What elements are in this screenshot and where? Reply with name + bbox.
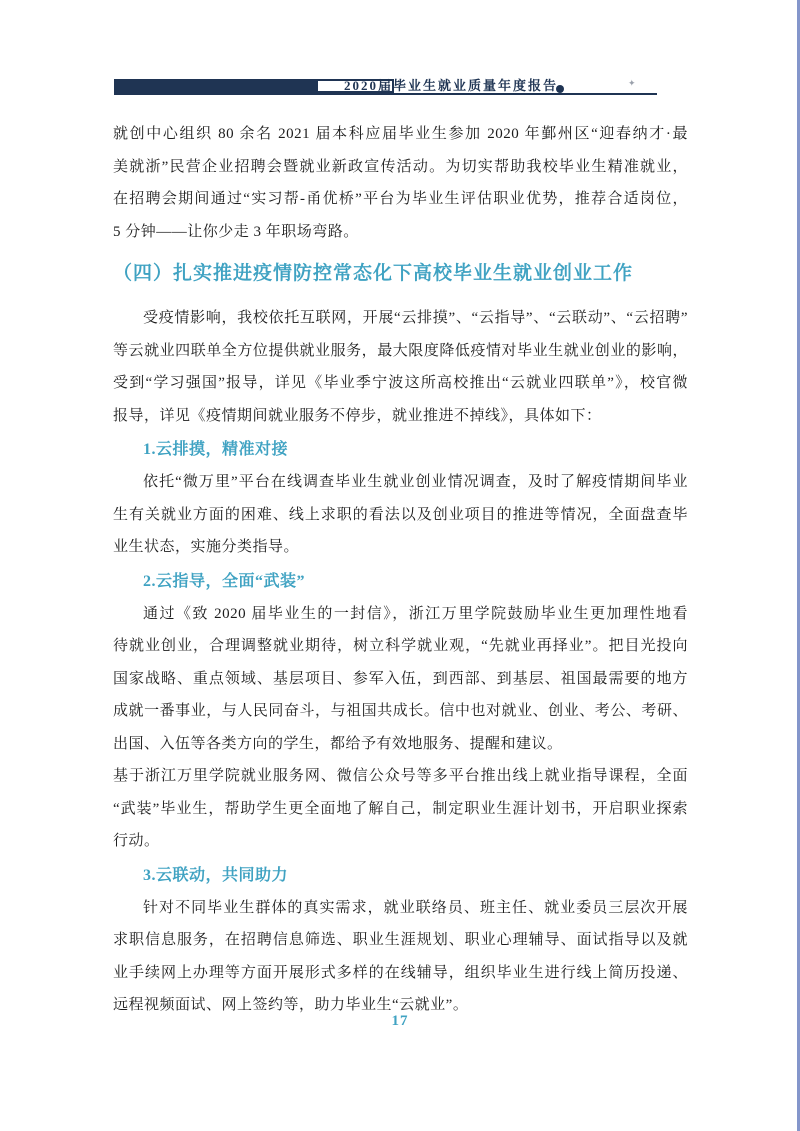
paragraph-line: 成就一番事业，与人民同奋斗，与祖国共成长。信中也对就业、创业、考公、考研、 [113,695,688,728]
header-title: 2020届毕业生就业质量年度报告 [344,76,558,96]
page-footer: 17 [0,1012,800,1030]
paragraph-line: 等云就业四联单全方位提供就业服务，最大限度降低疫情对毕业生就业创业的影响， [113,335,688,368]
section-heading: （四）扎实推进疫情防控常态化下高校毕业生就业创业工作 [113,260,688,288]
sparkle-icon: ✦ [628,78,636,89]
header-bar [114,79,316,93]
paragraph-line: “武装”毕业生，帮助学生更全面地了解自己，制定职业生涯计划书，开启职业探索 [113,793,688,826]
paragraph-line: 就创中心组织 80 余名 2021 届本科应届毕业生参加 2020 年鄞州区“迎… [113,118,688,151]
page-number: 17 [392,1013,409,1029]
paragraph-line: 出国、入伍等各类方向的学生，都给予有效地服务、提醒和建议。 [113,728,688,761]
paragraph-line: 求职信息服务，在招聘信息筛选、职业生涯规划、职业心理辅导、面试指导以及就 [113,924,688,957]
sub-heading: 3.云联动，共同助力 [113,862,688,890]
body-paragraph: 受疫情影响，我校依托互联网，开展“云排摸”、“云指导”、“云联动”、“云招聘”等… [113,302,688,432]
paragraph-line: 通过《致 2020 届毕业生的一封信》，浙江万里学院鼓励毕业生更加理性地看 [113,598,688,631]
paragraph-line: 在招聘会期间通过“实习帮-甬优桥”平台为毕业生评估职业优势，推荐合适岗位， [113,183,688,216]
paragraph-line: 受疫情影响，我校依托互联网，开展“云排摸”、“云指导”、“云联动”、“云招聘” [113,302,688,335]
body-paragraph: 针对不同毕业生群体的真实需求，就业联络员、班主任、就业委员三层次开展求职信息服务… [113,892,688,1022]
paragraph-line: 待就业创业，合理调整就业期待，树立科学就业观，“先就业再择业”。把目光投向 [113,630,688,663]
sub-heading: 1.云排摸，精准对接 [113,436,688,464]
document-body: 就创中心组织 80 余名 2021 届本科应届毕业生参加 2020 年鄞州区“迎… [113,118,688,1022]
paragraph-line: 行动。 [113,825,688,858]
paragraph-line: 美就浙”民营企业招聘会暨就业新政宣传活动。为切实帮助我校毕业生精准就业， [113,151,688,184]
document-page: 2020届毕业生就业质量年度报告 ✦ 就创中心组织 80 余名 2021 届本科… [0,0,800,1131]
paragraph-line: 针对不同毕业生群体的真实需求，就业联络员、班主任、就业委员三层次开展 [113,892,688,925]
body-paragraph: 基于浙江万里学院就业服务网、微信公众号等多平台推出线上就业指导课程，全面“武装”… [113,760,688,858]
paragraph-line: 受到“学习强国”报导，详见《毕业季宁波这所高校推出“云就业四联单”》，校官微 [113,367,688,400]
dot-icon [556,85,564,93]
paragraph-line: 依托“微万里”平台在线调查毕业生就业创业情况调查，及时了解疫情期间毕业 [113,466,688,499]
body-paragraph: 依托“微万里”平台在线调查毕业生就业创业情况调查，及时了解疫情期间毕业生有关就业… [113,466,688,564]
sub-heading: 2.云指导，全面“武装” [113,568,688,596]
body-paragraph: 通过《致 2020 届毕业生的一封信》，浙江万里学院鼓励毕业生更加理性地看待就业… [113,598,688,761]
paragraph-line: 报导，详见《疫情期间就业服务不停步，就业推进不掉线》，具体如下： [113,400,688,433]
paragraph-line: 5 分钟——让你少走 3 年职场弯路。 [113,216,688,249]
body-paragraph: 就创中心组织 80 余名 2021 届本科应届毕业生参加 2020 年鄞州区“迎… [113,118,688,248]
paragraph-line: 生有关就业方面的困难、线上求职的看法以及创业项目的推进等情况，全面盘查毕 [113,499,688,532]
paragraph-line: 业手续网上办理等方面开展形式多样的在线辅导，组织毕业生进行线上简历投递、 [113,957,688,990]
paragraph-line: 国家战略、重点领域、基层项目、参军入伍，到西部、到基层、祖国最需要的地方 [113,663,688,696]
paragraph-line: 业生状态，实施分类指导。 [113,531,688,564]
paragraph-line: 基于浙江万里学院就业服务网、微信公众号等多平台推出线上就业指导课程，全面 [113,760,688,793]
page-header: 2020届毕业生就业质量年度报告 ✦ [0,76,800,102]
